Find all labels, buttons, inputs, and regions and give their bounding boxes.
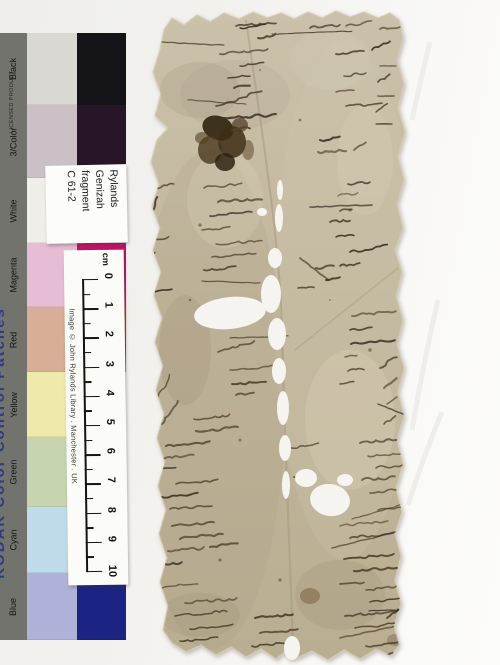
- patch-label-text: Blue: [8, 597, 18, 615]
- ruler-half-tick: [85, 469, 93, 471]
- ruler-cm-tick: [83, 337, 99, 339]
- ruler-number: 3: [103, 360, 114, 366]
- ruler-half-tick: [83, 323, 91, 325]
- color-bar-label-strip: KODAK Color Control Patches LICENSED PRO…: [0, 33, 27, 640]
- ruler-number: 4: [104, 390, 115, 396]
- patch-label: 3/Color: [0, 105, 27, 178]
- ruler-cm-tick: [82, 279, 98, 281]
- ruler-cm-tick: [85, 483, 101, 485]
- patch-label-text: Green: [8, 459, 18, 484]
- ruler-number: 2: [103, 331, 114, 337]
- ruler-number: 6: [104, 448, 115, 454]
- ruler-cm-tick: [84, 396, 100, 398]
- patch-label-text: Cyan: [8, 529, 18, 550]
- ruler-cm-tick: [85, 454, 101, 456]
- ruler-cm-tick: [86, 571, 102, 573]
- ink-speck: [348, 208, 351, 211]
- background-wrinkles: [408, 42, 442, 505]
- ruler-cm-tick: [84, 425, 100, 427]
- ruler-half-tick: [83, 352, 91, 354]
- specimen-label-line: Genizah: [92, 170, 108, 238]
- manuscript-fragment: [140, 0, 450, 665]
- patch-label: Yellow: [0, 372, 27, 437]
- patch-label-text: Black: [8, 58, 18, 80]
- ruler-number: 0: [102, 273, 113, 279]
- ruler-cm-tick: [82, 308, 98, 310]
- ruler-half-tick: [84, 440, 92, 442]
- specimen-label-line: C 61-2: [64, 170, 80, 238]
- ruler-half-tick: [83, 381, 91, 383]
- ruler-number: 9: [106, 536, 117, 542]
- ruler-half-tick: [85, 498, 93, 500]
- copyright-credit-text: Image © John Rylands Library . Mancheste…: [67, 308, 80, 583]
- ink-speck: [299, 119, 302, 122]
- ruler-cm-tick: [83, 367, 99, 369]
- ruler-number: 1: [102, 302, 113, 308]
- ruler-unit-label: cm: [101, 253, 110, 266]
- ruler-number: 7: [105, 477, 116, 483]
- ink-speck: [278, 578, 281, 581]
- patch-label: Green: [0, 437, 27, 507]
- specimen-label-line: Rylands: [106, 169, 122, 237]
- ruler-half-tick: [86, 556, 94, 558]
- patch-label-text: White: [8, 199, 18, 222]
- patch-label: Blue: [0, 573, 27, 640]
- ruler-half-tick: [82, 294, 90, 296]
- patch-tint: [27, 33, 77, 105]
- ink-speck: [368, 348, 371, 351]
- patch-solid: [77, 33, 126, 105]
- patch-label: Black: [0, 33, 27, 105]
- specimen-label: Rylands Genizah fragment C 61-2: [45, 164, 128, 244]
- patch-label-text: Red: [8, 331, 18, 348]
- patch-label: Red: [0, 307, 27, 372]
- ink-speck: [218, 558, 221, 561]
- patch-label-text: Magenta: [9, 257, 19, 292]
- patch-label-text: 3/Color: [9, 127, 19, 156]
- cm-ruler: cm 012345678910 Image © John Rylands Lib…: [64, 250, 129, 586]
- ink-speck: [239, 439, 242, 442]
- ink-speck: [259, 69, 261, 71]
- patch-label: White: [0, 178, 27, 243]
- ink-speck: [198, 223, 201, 226]
- ruler-cm-tick: [85, 513, 101, 515]
- patch-label: Cyan: [0, 507, 27, 573]
- patch-label: Magenta: [0, 243, 27, 307]
- ink-speck: [189, 299, 191, 301]
- ruler-cm-tick: [86, 542, 102, 544]
- ruler-number: 5: [104, 419, 115, 425]
- ruler-half-tick: [86, 527, 94, 529]
- patch-label-text: Yellow: [9, 392, 19, 418]
- ruler-number: 10: [106, 565, 117, 577]
- ruler-number: 8: [105, 506, 116, 512]
- specimen-label-line: fragment: [78, 170, 94, 238]
- ink-speck: [329, 299, 331, 301]
- ruler-half-tick: [84, 410, 92, 412]
- digitized-manuscript-photo: KODAK Color Control Patches LICENSED PRO…: [0, 0, 500, 665]
